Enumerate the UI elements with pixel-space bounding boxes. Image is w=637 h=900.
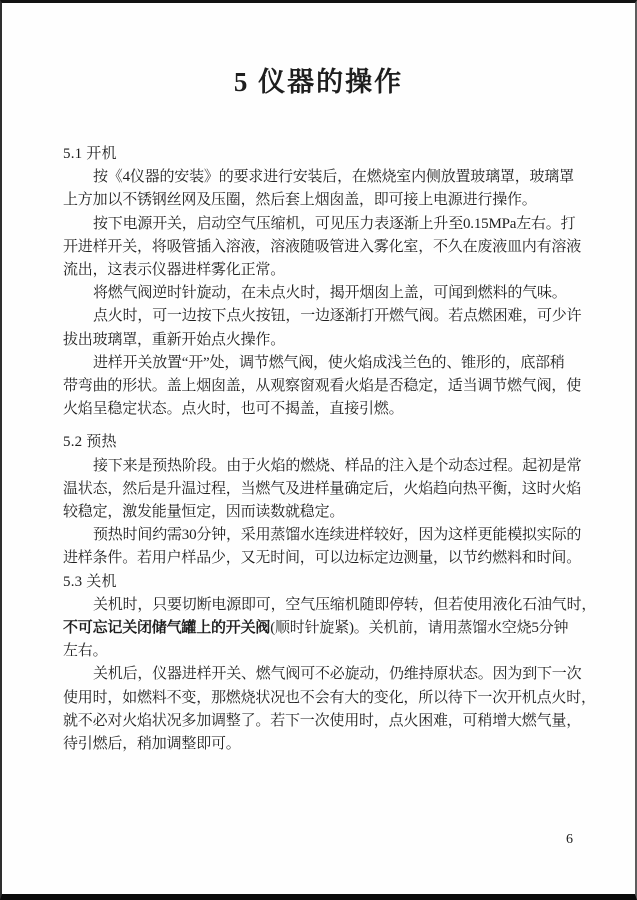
paragraph: 将燃气阀逆时针旋动，在未点火时，揭开烟囱上盖，可闻到燃料的气味。 (63, 282, 583, 305)
text-line: 关机时，只要切断电源即可，空气压缩机随即停转，但若使用液化石油气时， (63, 594, 583, 617)
page-number: 6 (566, 832, 573, 848)
text-line: 不可忘记关闭储气罐上的开关阀(顺时针旋紧)。关机前，请用蒸馏水空烧5分钟 (63, 617, 583, 640)
paragraph: 进样开关放置“开”处，调节燃气阀，使火焰成浅兰色的、锥形的，底部稍带弯曲的形状。… (63, 352, 583, 422)
bold-warning-text: 不可忘记关闭储气罐上的开关阀 (63, 620, 270, 636)
text-line: 较稳定，激发能量恒定，因而读数就稳定。 (63, 501, 583, 524)
text-line: 按下电源开关，启动空气压缩机，可见压力表逐渐上升至0.15MPa左右。打 (63, 213, 583, 236)
text-line: 进样开关放置“开”处，调节燃气阀，使火焰成浅兰色的、锥形的，底部稍 (63, 352, 583, 375)
section-1: 5.1 开机按《4仪器的安装》的要求进行安装后，在燃烧室内侧放置玻璃罩，玻璃罩上… (63, 143, 583, 421)
paragraph: 点火时，可一边按下点火按钮，一边逐渐打开燃气阀。若点燃困难，可少许拔出玻璃罩，重… (63, 305, 583, 351)
text-line: 温状态，然后是升温过程，当燃气及进样量确定后，火焰趋向热平衡，这时火焰 (63, 478, 583, 501)
text-line: 带弯曲的形状。盖上烟囱盖，从观察窗观看火焰是否稳定，适当调节燃气阀，使 (63, 375, 583, 398)
section-heading: 5.2 预热 (63, 431, 583, 454)
section-heading: 5.3 关机 (63, 571, 583, 594)
text-line: 进样条件。若用户样品少，又无时间，可以边标定边测量，以节约燃料和时间。 (63, 547, 583, 570)
section-heading: 5.1 开机 (63, 143, 583, 166)
text-line: 拔出玻璃罩，重新开始点火操作。 (63, 329, 583, 352)
paragraph: 接下来是预热阶段。由于火焰的燃烧、样品的注入是个动态过程。起初是常温状态，然后是… (63, 455, 583, 525)
text-line: 流出，这表示仪器进样雾化正常。 (63, 259, 583, 282)
text-line: 上方加以不锈钢丝网及压圈，然后套上烟囱盖，即可接上电源进行操作。 (63, 189, 583, 212)
paragraph: 按下电源开关，启动空气压缩机，可见压力表逐渐上升至0.15MPa左右。打开进样开… (63, 213, 583, 283)
text-line: 就不必对火焰状况多加调整了。若下一次使用时，点火困难，可稍增大燃气量， (63, 710, 583, 733)
text-line: 使用时，如燃料不变，那燃烧状况也不会有大的变化，所以待下一次开机点火时， (63, 687, 583, 710)
section-2: 5.2 预热接下来是预热阶段。由于火焰的燃烧、样品的注入是个动态过程。起初是常温… (63, 431, 583, 570)
text-line: 开进样开关，将吸管插入溶液，溶液随吸管进入雾化室，不久在废液皿内有溶液 (63, 236, 583, 259)
text-line: 将燃气阀逆时针旋动，在未点火时，揭开烟囱上盖，可闻到燃料的气味。 (63, 282, 583, 305)
paragraph: 按《4仪器的安装》的要求进行安装后，在燃烧室内侧放置玻璃罩，玻璃罩上方加以不锈钢… (63, 166, 583, 212)
section-3: 5.3 关机关机时，只要切断电源即可，空气压缩机随即停转，但若使用液化石油气时，… (63, 571, 583, 757)
text-line: 关机后，仪器进样开关、燃气阀可不必旋动，仍维持原状态。因为到下一次 (63, 663, 583, 686)
text-line: 火焰呈稳定状态。点火时，也可不揭盖，直接引燃。 (63, 398, 583, 421)
document-page: 5 仪器的操作 5.1 开机按《4仪器的安装》的要求进行安装后，在燃烧室内侧放置… (0, 0, 637, 900)
text-line: 点火时，可一边按下点火按钮，一边逐渐打开燃气阀。若点燃困难，可少许 (63, 305, 583, 328)
text-line: 预热时间约需30分钟，采用蒸馏水连续进样较好，因为这样更能模拟实际的 (63, 524, 583, 547)
document-body: 5.1 开机按《4仪器的安装》的要求进行安装后，在燃烧室内侧放置玻璃罩，玻璃罩上… (63, 143, 583, 756)
paragraph: 关机后，仪器进样开关、燃气阀可不必旋动，仍维持原状态。因为到下一次使用时，如燃料… (63, 663, 583, 756)
text-line: 按《4仪器的安装》的要求进行安装后，在燃烧室内侧放置玻璃罩，玻璃罩 (63, 166, 583, 189)
text-segment: (顺时针旋紧)。关机前，请用蒸馏水空烧5分钟 (270, 620, 568, 636)
text-line: 接下来是预热阶段。由于火焰的燃烧、样品的注入是个动态过程。起初是常 (63, 455, 583, 478)
paragraph: 关机时，只要切断电源即可，空气压缩机随即停转，但若使用液化石油气时，不可忘记关闭… (63, 594, 583, 664)
text-line: 左右。 (63, 640, 583, 663)
text-line: 待引燃后，稍加调整即可。 (63, 733, 583, 756)
page-title: 5 仪器的操作 (2, 66, 635, 98)
paragraph: 预热时间约需30分钟，采用蒸馏水连续进样较好，因为这样更能模拟实际的进样条件。若… (63, 524, 583, 570)
